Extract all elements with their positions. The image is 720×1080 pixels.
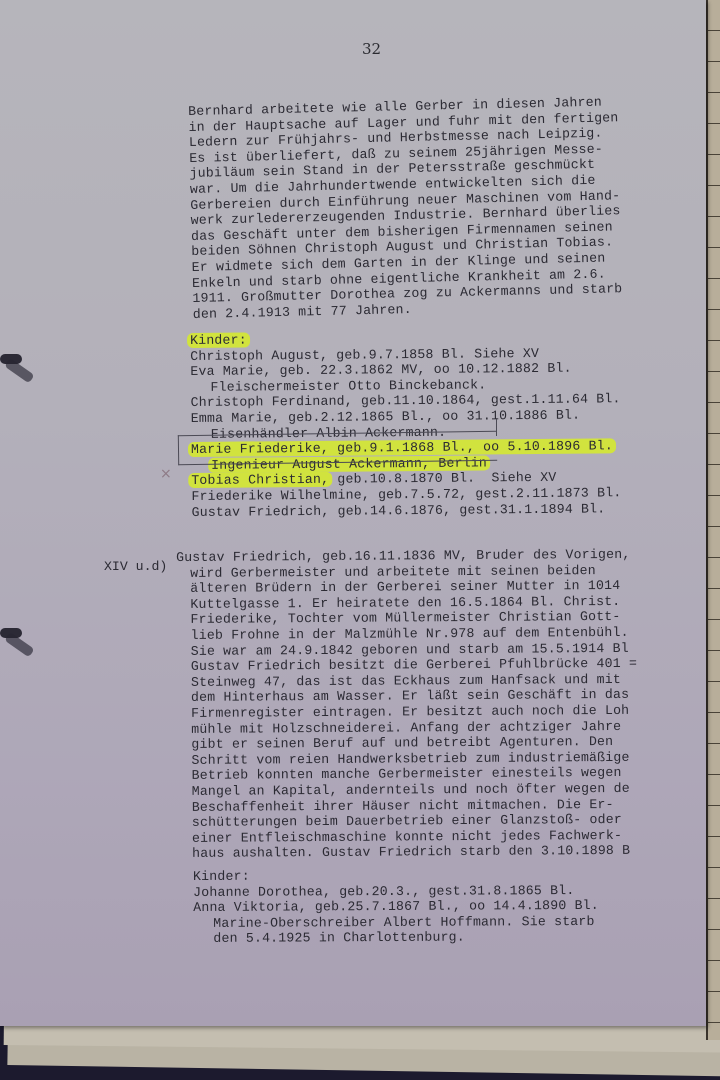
section-xiii-children-list: Kinder:Christoph August, geb.9.7.1858 Bl… bbox=[190, 329, 622, 520]
child-entry: den 5.4.1925 in Charlottenburg. bbox=[193, 929, 599, 947]
section-xiv-label: XIV u.d) bbox=[104, 559, 167, 574]
binding-hole-icon bbox=[0, 354, 22, 364]
pencil-tick-annotation bbox=[496, 418, 497, 436]
section-xiv-paragraph: Gustav Friedrich, geb.16.11.1836 MV, Bru… bbox=[176, 547, 638, 862]
highlighted-text: Kinder: bbox=[187, 332, 250, 348]
text-line: haus aushalten. Gustav Friedrich starb d… bbox=[178, 843, 638, 862]
section-xiv-children-list: Kinder:Johanne Dorothea, geb.20.3., gest… bbox=[193, 867, 599, 947]
margin-x-mark: × bbox=[160, 466, 172, 482]
child-entry: Anna Viktoria, geb.25.7.1867 Bl., oo 14.… bbox=[193, 898, 599, 916]
page-number: 32 bbox=[362, 40, 381, 58]
entry-rest: geb.10.8.1870 Bl. Siehe XV bbox=[329, 470, 556, 487]
child-entry: Marine-Oberschreiber Albert Hoffmann. Si… bbox=[193, 914, 599, 932]
pencil-box-annotation bbox=[178, 431, 497, 465]
highlighted-text: Tobias Christian, bbox=[188, 472, 332, 488]
binding-hole-icon bbox=[0, 628, 22, 638]
section-xiii-paragraph: Bernhard arbeitete wie alle Gerber in di… bbox=[188, 94, 623, 322]
document-page: 32 Bernhard arbeitete wie alle Gerber in… bbox=[0, 0, 706, 1026]
graph-paper-strip bbox=[706, 0, 720, 1040]
child-entry: Gustav Friedrich, geb.14.6.1876, gest.31… bbox=[191, 501, 621, 520]
